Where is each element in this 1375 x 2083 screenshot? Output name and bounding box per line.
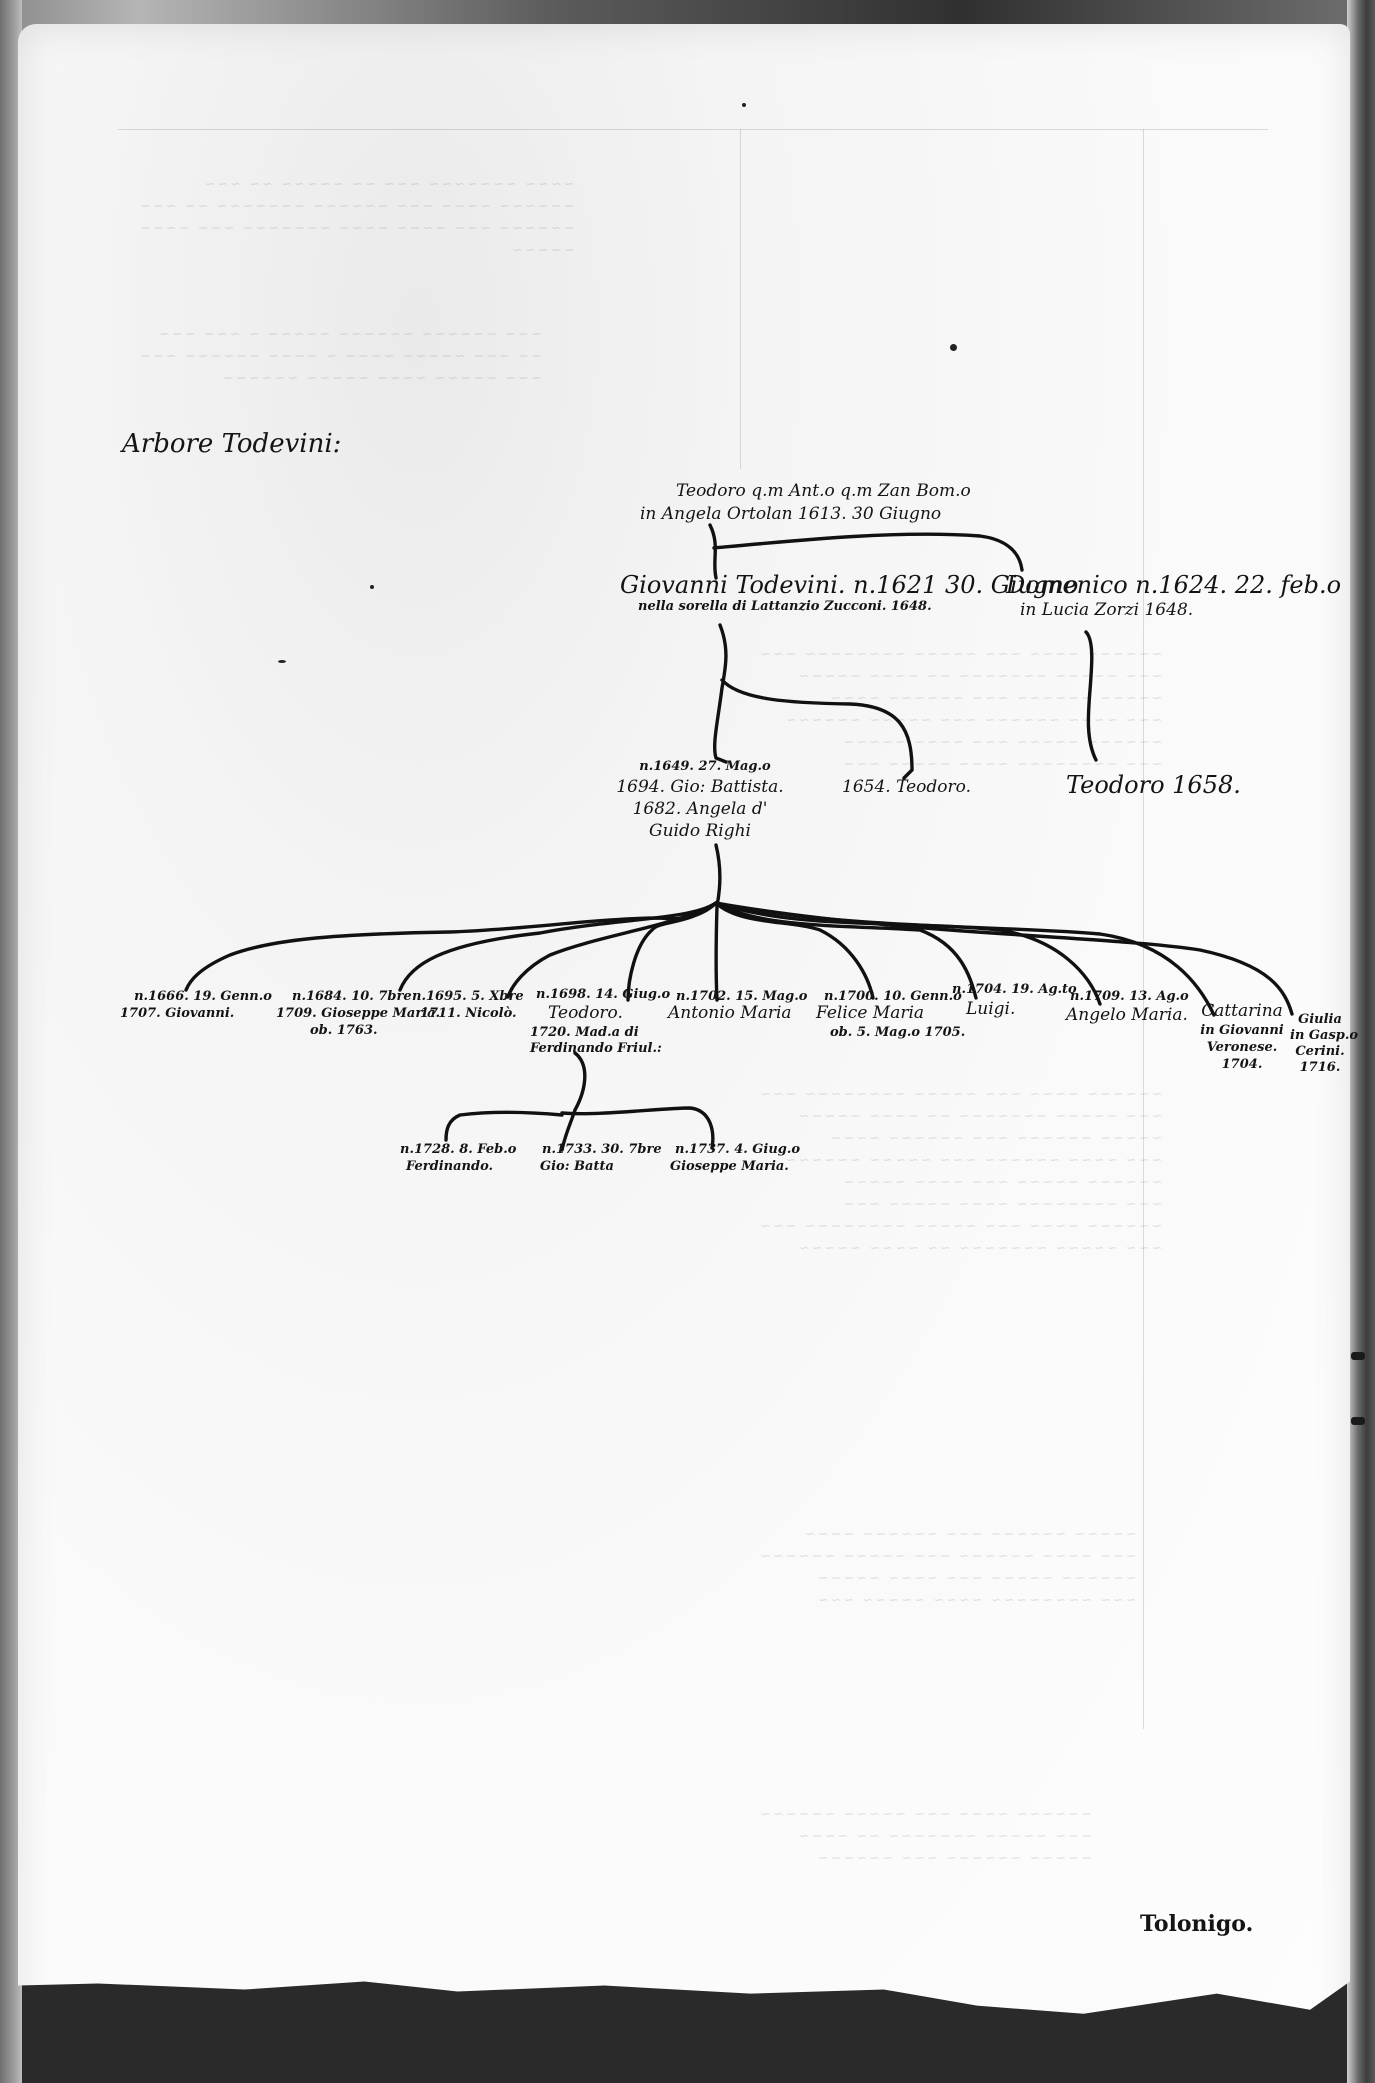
gen4-luigi-name: Luigi. [966, 1000, 1015, 1020]
gen4-teodoro-birth: n.1698. 14. Giug.o [536, 988, 670, 1003]
bleed-through-text: ~~~ ~~~~~~ ~~~~~~ ~~~~~ ~ ~~~ ~~~ ~~ ~~~… [138, 324, 542, 390]
gen4-teodoro-name: Teodoro. [548, 1004, 623, 1024]
gen4-giulia-spouse: Cerini. [1290, 1045, 1350, 1060]
gen4-antonio-name: Antonio Maria [668, 1004, 792, 1024]
gen5-gioseppe-birth: n.1737. 4. Giug.o [675, 1143, 800, 1158]
gen2-giovanni-marriage: nella sorella di Lattanzio Zucconi. 1648… [638, 600, 932, 615]
gen4-gioseppe-name: 1709. Gioseppe Maria. [276, 1007, 440, 1022]
gen5-ferdinando-name: Ferdinando. [406, 1160, 493, 1175]
bleed-through-text: ~~~~~~ ~~~~ ~~~ ~~~~~ ~~~~~~~~ ~~~ ~~~ ~… [758, 1084, 1163, 1260]
gen2-domenico-marriage: in Lucia Zorzi 1648. [1020, 601, 1193, 621]
binding-stitch [1351, 1417, 1365, 1425]
root-person-name: Teodoro q.m Ant.o q.m Zan Bom.o [676, 482, 971, 502]
gen3-teodoro-1658: Teodoro 1658. [1066, 772, 1241, 800]
ink-spot [370, 585, 374, 589]
gen4-giulia-year: 1716. [1290, 1061, 1350, 1076]
bleed-through-text: ~~~~~~ ~~~~ ~~~ ~~~~~ ~~~~~~~~ ~~~ ~~~ ~… [758, 644, 1163, 776]
gen4-gioseppe-death: ob. 1763. [310, 1024, 378, 1039]
gen4-cattarina-spouse: Veronese. [1192, 1041, 1292, 1056]
gen4-teodoro-marriage: 1720. Mad.a di [530, 1026, 639, 1041]
root-person-marriage: in Angela Ortolan 1613. 30 Giugno [640, 505, 941, 525]
ink-spot [950, 344, 957, 351]
gen4-luigi-birth: n.1704. 19. Ag.to [952, 983, 1077, 998]
bleed-through-text: ~~~~~ ~~~~~~ ~~~ ~~~~~~ ~~~~ ~~~ ~~~~ ~~… [758, 1524, 1137, 1612]
gen4-giulia-marriage: in Gasp.o [1290, 1029, 1350, 1044]
gen4-angelo-birth: n.1709. 13. Ag.o [1070, 990, 1189, 1005]
ruled-guide-line [1143, 129, 1144, 1729]
gen5-giobatta-name: Gio: Batta [540, 1160, 614, 1175]
binding-stitch [1351, 1352, 1365, 1360]
gen2-domenico-name: Domenico n.1624. 22. feb.o [1006, 572, 1341, 600]
ink-spot [278, 660, 286, 663]
gen4-cattarina-marriage: in Giovanni [1192, 1024, 1292, 1039]
gen4-felice-name: Felice Maria [816, 1004, 924, 1024]
gen4-cattarina-name: Cattarina [1192, 1002, 1292, 1022]
gen4-cattarina-year: 1704. [1192, 1058, 1292, 1073]
ruled-guide-line [118, 129, 1268, 130]
document-title: Arbore Todevini: [122, 430, 341, 460]
bleed-through-text: ~~~~ ~~~~~~~ ~~~ ~~ ~~~~~ ~~ ~~~ ~~~~~~ … [138, 174, 574, 262]
gen4-angelo-name: Angelo Maria. [1066, 1006, 1188, 1026]
gen3-teodoro-1654: 1654. Teodoro. [842, 778, 971, 798]
gen4-giulia-name: Giulia [1290, 1013, 1350, 1028]
gen4-felice-death: ob. 5. Mag.o 1705. [830, 1026, 965, 1041]
manuscript-page: ~~~~ ~~~~~~~ ~~~ ~~ ~~~~~ ~~ ~~~ ~~~~~~ … [18, 24, 1350, 2042]
ruled-guide-line [740, 129, 741, 469]
footer-label: Tolonigo. [1140, 1912, 1253, 1937]
bleed-through-text: ~~~~~~ ~~~~ ~~~ ~~~~~ ~~~~~~ ~~~ ~~~~~ ~… [758, 1804, 1092, 1870]
gen3-giobattista-marriage: 1682. Angela d' [600, 800, 800, 820]
ink-spot [742, 103, 746, 107]
gen5-gioseppe-name: Gioseppe Maria. [670, 1160, 789, 1175]
gen5-ferdinando-birth: n.1728. 8. Feb.o [400, 1143, 516, 1158]
gen3-giobattista-spouse-father: Guido Righi [600, 822, 800, 842]
gen4-nicolo-name: 1711. Nicolò. [420, 1007, 517, 1022]
gen5-giobatta-birth: n.1733. 30. 7bre [542, 1143, 662, 1158]
gen4-giovanni-name: 1707. Giovanni. [120, 1007, 234, 1022]
gen3-giobattista-birth: n.1649. 27. Mag.o [620, 760, 790, 775]
gen4-giovanni-birth: n.1666. 19. Genn.o [128, 990, 278, 1005]
gen4-gioseppe-birth: n.1684. 10. 7bre [292, 990, 412, 1005]
gen4-teodoro-spouse-father: Ferdinando Friul.: [530, 1042, 662, 1057]
gen3-giobattista-name: 1694. Gio: Battista. [600, 778, 800, 798]
gen4-nicolo-birth: n.1695. 5. Xbre [412, 990, 524, 1005]
